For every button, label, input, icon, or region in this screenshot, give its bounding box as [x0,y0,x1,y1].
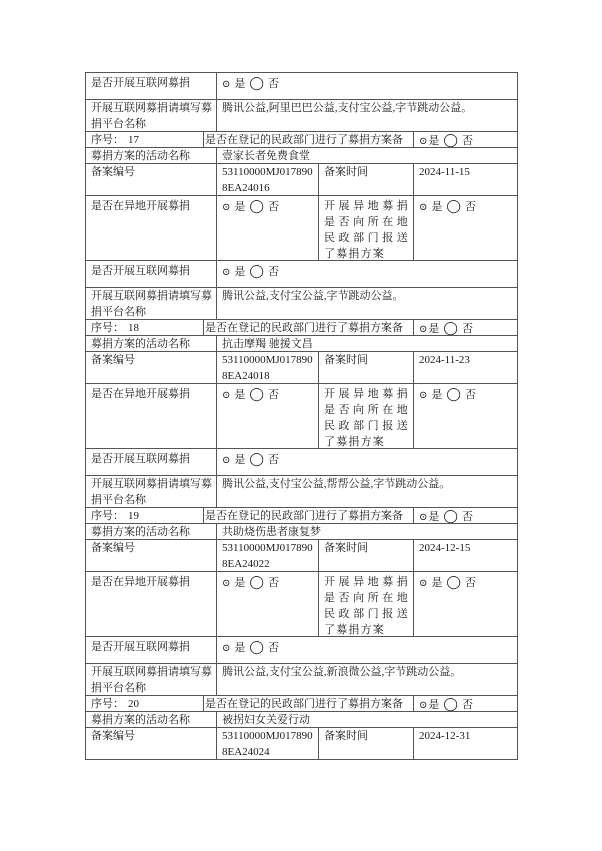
filed-question: 是否在登记的民政部门进行了募捐方案备案 [204,320,414,336]
platform-names: 腾讯公益,支付宝公益,帮帮公益,字节跳动公益。 [217,476,518,508]
record-no: 53110000MJ0178908EA24016 [217,164,319,196]
internet-fundraising-answer: ⊙是◯否 [217,637,518,664]
seq-label: 序号： [91,510,124,522]
internet-fundraising-row: 是否开展互联网募捐 ⊙是◯否 [86,449,518,476]
yes-option-label: 是 [234,78,245,90]
no-option-label: 否 [268,389,279,401]
record-time-label: 备案时间 [319,540,414,572]
radio-selected-icon: ⊙ [419,700,427,711]
yes-option-label: 是 [428,699,439,711]
yes-option-label: 是 [234,389,245,401]
seq-row: 序号：18 是否在登记的民政部门进行了募捐方案备案 ⊙是◯否 [86,320,518,336]
yes-option-label: 是 [234,266,245,278]
record-time: 2024-11-23 [414,352,518,384]
yes-option-label: 是 [428,323,439,335]
radio-unselected-icon: ◯ [443,508,458,523]
seq-label: 序号： [91,322,124,334]
seq-value: 20 [128,698,139,710]
platform-row: 开展互联网募捐请填写募捐平台名称 腾讯公益,阿里巴巴公益,支付宝公益,字节跳动公… [86,100,518,132]
record-row: 备案编号 53110000MJ0178908EA24022 备案时间 2024-… [86,540,518,572]
fundraising-plan-table: 是否开展互联网募捐 ⊙是◯否 开展互联网募捐请填写募捐平台名称 腾讯公益,阿里巴… [85,72,518,760]
record-time-label: 备案时间 [319,352,414,384]
radio-selected-icon: ⊙ [222,202,230,213]
no-option-label: 否 [465,577,476,589]
report-question: 开展异地募捐是否向所在地民政部门报送了募捐方案 [319,572,414,637]
seq-number: 序号：17 [86,132,204,148]
radio-unselected-icon: ◯ [443,320,458,335]
no-option-label: 否 [268,642,279,654]
no-option-label: 否 [268,266,279,278]
seq-value: 17 [128,134,139,146]
yes-option-label: 是 [234,454,245,466]
record-row: 备案编号 53110000MJ0178908EA24016 备案时间 2024-… [86,164,518,196]
record-no-label: 备案编号 [86,540,217,572]
seq-value: 18 [128,322,139,334]
activity-row: 募捐方案的活动名称 共助烧伤患者康复梦 [86,524,518,540]
activity-name: 被拐妇女关爱行动 [217,712,518,728]
radio-unselected-icon: ◯ [249,574,264,589]
report-answer: ⊙是◯否 [414,572,518,637]
seq-row: 序号：20 是否在登记的民政部门进行了募捐方案备案 ⊙是◯否 [86,696,518,712]
report-question: 开展异地募捐是否向所在地民政部门报送了募捐方案 [319,196,414,261]
activity-label: 募捐方案的活动名称 [86,524,217,540]
internet-fundraising-row: 是否开展互联网募捐 ⊙是◯否 [86,637,518,664]
radio-selected-icon: ⊙ [222,267,230,278]
seq-number: 序号：19 [86,508,204,524]
yes-option-label: 是 [431,201,442,213]
yes-option-label: 是 [234,577,245,589]
no-option-label: 否 [465,389,476,401]
platform-names: 腾讯公益,支付宝公益,字节跳动公益。 [217,288,518,320]
activity-label: 募捐方案的活动名称 [86,148,217,164]
remote-row: 是否在异地开展募捐 ⊙是◯否 开展异地募捐是否向所在地民政部门报送了募捐方案 ⊙… [86,572,518,637]
record-row: 备案编号 53110000MJ0178908EA24018 备案时间 2024-… [86,352,518,384]
radio-selected-icon: ⊙ [222,79,230,90]
radio-selected-icon: ⊙ [222,578,230,589]
radio-selected-icon: ⊙ [419,136,427,147]
activity-label: 募捐方案的活动名称 [86,336,217,352]
radio-selected-icon: ⊙ [222,390,230,401]
no-option-label: 否 [465,201,476,213]
platform-names: 腾讯公益,阿里巴巴公益,支付宝公益,字节跳动公益。 [217,100,518,132]
internet-fundraising-row: 是否开展互联网募捐 ⊙是◯否 [86,73,518,100]
no-option-label: 否 [268,201,279,213]
platform-names: 腾讯公益,支付宝公益,新浪微公益,字节跳动公益。 [217,664,518,696]
platform-label: 开展互联网募捐请填写募捐平台名称 [86,288,217,320]
seq-row: 序号：19 是否在登记的民政部门进行了募捐方案备案 ⊙是◯否 [86,508,518,524]
platform-label: 开展互联网募捐请填写募捐平台名称 [86,100,217,132]
record-row: 备案编号 53110000MJ0178908EA24024 备案时间 2024-… [86,728,518,760]
activity-name: 共助烧伤患者康复梦 [217,524,518,540]
platform-row: 开展互联网募捐请填写募捐平台名称 腾讯公益,支付宝公益,帮帮公益,字节跳动公益。 [86,476,518,508]
yes-option-label: 是 [431,389,442,401]
remote-label: 是否在异地开展募捐 [86,572,217,637]
radio-unselected-icon: ◯ [249,75,264,90]
record-time-label: 备案时间 [319,164,414,196]
radio-unselected-icon: ◯ [249,198,264,213]
record-no: 53110000MJ0178908EA24022 [217,540,319,572]
record-time: 2024-12-15 [414,540,518,572]
no-option-label: 否 [462,135,473,147]
remote-row: 是否在异地开展募捐 ⊙是◯否 开展异地募捐是否向所在地民政部门报送了募捐方案 ⊙… [86,384,518,449]
activity-row: 募捐方案的活动名称 壹家长者免费食堂 [86,148,518,164]
radio-unselected-icon: ◯ [443,696,458,711]
radio-unselected-icon: ◯ [446,574,461,589]
seq-label: 序号： [91,134,124,146]
radio-selected-icon: ⊙ [419,578,427,589]
record-time: 2024-11-15 [414,164,518,196]
activity-row: 募捐方案的活动名称 被拐妇女关爱行动 [86,712,518,728]
radio-unselected-icon: ◯ [446,386,461,401]
yes-option-label: 是 [431,577,442,589]
remote-answer: ⊙是◯否 [217,384,319,449]
internet-fundraising-label: 是否开展互联网募捐 [86,637,217,664]
seq-number: 序号：18 [86,320,204,336]
seq-label: 序号： [91,698,124,710]
remote-row: 是否在异地开展募捐 ⊙是◯否 开展异地募捐是否向所在地民政部门报送了募捐方案 ⊙… [86,196,518,261]
seq-row: 序号：17 是否在登记的民政部门进行了募捐方案备案 ⊙是◯否 [86,132,518,148]
radio-unselected-icon: ◯ [249,386,264,401]
radio-unselected-icon: ◯ [249,451,264,466]
remote-label: 是否在异地开展募捐 [86,196,217,261]
no-option-label: 否 [268,78,279,90]
yes-option-label: 是 [234,642,245,654]
remote-answer: ⊙是◯否 [217,196,319,261]
radio-unselected-icon: ◯ [443,132,458,147]
record-no: 53110000MJ0178908EA24024 [217,728,319,760]
platform-row: 开展互联网募捐请填写募捐平台名称 腾讯公益,支付宝公益,字节跳动公益。 [86,288,518,320]
filed-question: 是否在登记的民政部门进行了募捐方案备案 [204,508,414,524]
record-time-label: 备案时间 [319,728,414,760]
remote-answer: ⊙是◯否 [217,572,319,637]
radio-unselected-icon: ◯ [249,263,264,278]
internet-fundraising-label: 是否开展互联网募捐 [86,73,217,100]
radio-unselected-icon: ◯ [446,198,461,213]
report-answer: ⊙是◯否 [414,384,518,449]
seq-value: 19 [128,510,139,522]
internet-fundraising-answer: ⊙是◯否 [217,73,518,100]
no-option-label: 否 [268,454,279,466]
activity-label: 募捐方案的活动名称 [86,712,217,728]
record-no-label: 备案编号 [86,164,217,196]
filed-answer: ⊙是◯否 [414,696,518,712]
no-option-label: 否 [462,323,473,335]
activity-row: 募捐方案的活动名称 抗击摩羯 驰援文昌 [86,336,518,352]
radio-selected-icon: ⊙ [419,324,427,335]
platform-row: 开展互联网募捐请填写募捐平台名称 腾讯公益,支付宝公益,新浪微公益,字节跳动公益… [86,664,518,696]
radio-selected-icon: ⊙ [419,202,427,213]
yes-option-label: 是 [428,511,439,523]
record-no-label: 备案编号 [86,728,217,760]
yes-option-label: 是 [234,201,245,213]
activity-name: 抗击摩羯 驰援文昌 [217,336,518,352]
no-option-label: 否 [268,577,279,589]
internet-fundraising-label: 是否开展互联网募捐 [86,449,217,476]
radio-selected-icon: ⊙ [419,390,427,401]
platform-label: 开展互联网募捐请填写募捐平台名称 [86,476,217,508]
internet-fundraising-answer: ⊙是◯否 [217,261,518,288]
seq-number: 序号：20 [86,696,204,712]
radio-selected-icon: ⊙ [419,512,427,523]
activity-name: 壹家长者免费食堂 [217,148,518,164]
radio-unselected-icon: ◯ [249,639,264,654]
yes-option-label: 是 [428,135,439,147]
report-question: 开展异地募捐是否向所在地民政部门报送了募捐方案 [319,384,414,449]
internet-fundraising-label: 是否开展互联网募捐 [86,261,217,288]
remote-label: 是否在异地开展募捐 [86,384,217,449]
platform-label: 开展互联网募捐请填写募捐平台名称 [86,664,217,696]
filed-answer: ⊙是◯否 [414,320,518,336]
internet-fundraising-answer: ⊙是◯否 [217,449,518,476]
filed-question: 是否在登记的民政部门进行了募捐方案备案 [204,696,414,712]
no-option-label: 否 [462,511,473,523]
filed-answer: ⊙是◯否 [414,508,518,524]
record-no: 53110000MJ0178908EA24018 [217,352,319,384]
radio-selected-icon: ⊙ [222,455,230,466]
filed-answer: ⊙是◯否 [414,132,518,148]
radio-selected-icon: ⊙ [222,643,230,654]
record-time: 2024-12-31 [414,728,518,760]
record-no-label: 备案编号 [86,352,217,384]
internet-fundraising-row: 是否开展互联网募捐 ⊙是◯否 [86,261,518,288]
no-option-label: 否 [462,699,473,711]
filed-question: 是否在登记的民政部门进行了募捐方案备案 [204,132,414,148]
report-answer: ⊙是◯否 [414,196,518,261]
